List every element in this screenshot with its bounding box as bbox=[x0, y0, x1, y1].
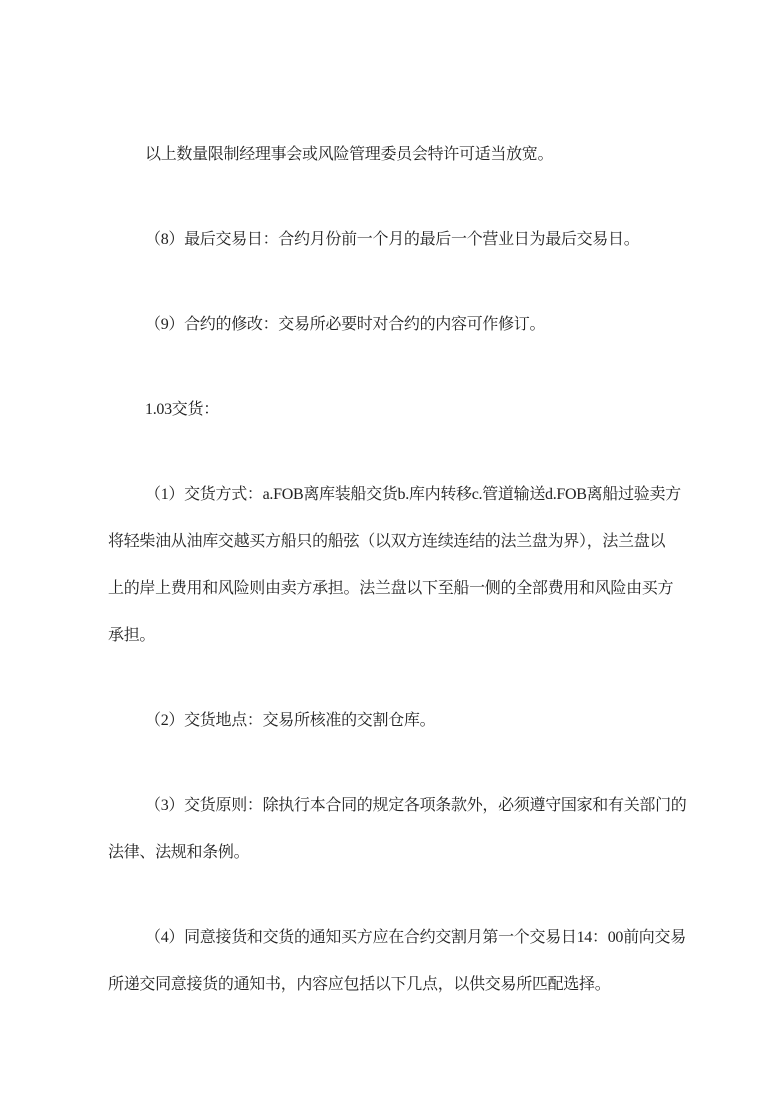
paragraph: （9）合约的修改：交易所必要时对合约的内容可作修订。 bbox=[108, 301, 684, 348]
text-line: 上的岸上费用和风险则由卖方承担。法兰盘以下至船一侧的全部费用和风险由买方 bbox=[108, 565, 684, 612]
paragraph: （8）最后交易日：合约月份前一个月的最后一个营业日为最后交易日。 bbox=[108, 216, 684, 263]
text-line: （2）交货地点：交易所核准的交割仓库。 bbox=[108, 697, 684, 744]
text-line: 1.03交货： bbox=[108, 386, 684, 433]
text-line: 承担。 bbox=[108, 612, 684, 659]
paragraph: （2）交货地点：交易所核准的交割仓库。 bbox=[108, 697, 684, 744]
text-line: （9）合约的修改：交易所必要时对合约的内容可作修订。 bbox=[108, 301, 684, 348]
paragraph: （3）交货原则：除执行本合同的规定各项条款外，必须遵守国家和有关部门的 法律、法… bbox=[108, 782, 684, 876]
paragraph: 以上数量限制经理事会或风险管理委员会特许可适当放宽。 bbox=[108, 131, 684, 178]
text-line: 所递交同意接货的通知书，内容应包括以下几点，以供交易所匹配选择。 bbox=[108, 961, 684, 1008]
document-page: 以上数量限制经理事会或风险管理委员会特许可适当放宽。 （8）最后交易日：合约月份… bbox=[0, 0, 774, 1095]
text-line: （8）最后交易日：合约月份前一个月的最后一个营业日为最后交易日。 bbox=[108, 216, 684, 263]
text-line: （4）同意接货和交货的通知买方应在合约交割月第一个交易日14：00前向交易 bbox=[108, 914, 684, 961]
paragraph: 1.03交货： bbox=[108, 386, 684, 433]
text-line: 法律、法规和条例。 bbox=[108, 829, 684, 876]
text-line: 将轻柴油从油库交越买方船只的船弦（以双方连续连结的法兰盘为界），法兰盘以 bbox=[108, 518, 684, 565]
paragraph: （4）同意接货和交货的通知买方应在合约交割月第一个交易日14：00前向交易 所递… bbox=[108, 914, 684, 1008]
text-line: （1）交货方式：a.FOB离库装船交货b.库内转移c.管道输送d.FOB离船过验… bbox=[108, 471, 684, 518]
text-line: （3）交货原则：除执行本合同的规定各项条款外，必须遵守国家和有关部门的 bbox=[108, 782, 684, 829]
text-line: 以上数量限制经理事会或风险管理委员会特许可适当放宽。 bbox=[108, 131, 684, 178]
paragraph: （1）交货方式：a.FOB离库装船交货b.库内转移c.管道输送d.FOB离船过验… bbox=[108, 471, 684, 659]
